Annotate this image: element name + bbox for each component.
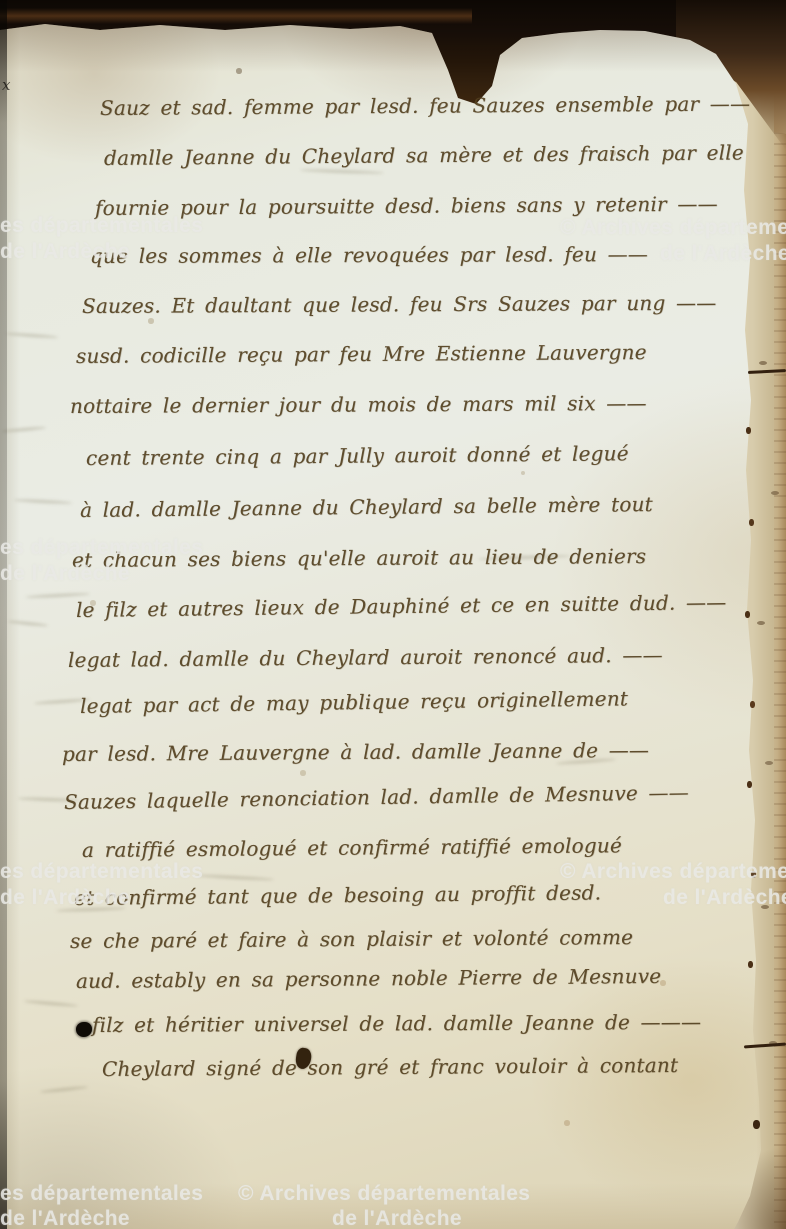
- manuscript-line: par lesd. Mre Lauvergne à lad. damlle Je…: [62, 738, 649, 766]
- watermark-text: es départementales: [0, 536, 203, 560]
- watermark-text: de l'Ardèche: [0, 886, 130, 910]
- watermark-text: de l'Ardèche: [660, 242, 786, 266]
- watermark-text: © Archives départementales: [238, 1182, 530, 1206]
- manuscript-line: nottaire le dernier jour du mois de mars…: [70, 391, 647, 418]
- watermark-text: de l'Ardèche: [0, 562, 130, 586]
- watermark-text: es départementales: [0, 214, 203, 238]
- manuscript-line: filz et héritier universel de lad. damll…: [92, 1010, 701, 1037]
- watermark-text: de l'Ardèche: [332, 1207, 462, 1229]
- watermark-text: es départementales: [0, 1182, 203, 1206]
- scan-left-edge: [0, 0, 7, 1229]
- manuscript-line: susd. codicille reçu par feu Mre Estienn…: [76, 340, 647, 368]
- top-edge-highlight: [0, 8, 472, 24]
- watermark-text: © Archives départeme: [560, 216, 786, 240]
- manuscript-line: a ratiffié esmologué et confirmé ratiffi…: [82, 833, 622, 862]
- manuscript-line: Sauzes. Et daultant que lesd. feu Srs Sa…: [82, 291, 717, 318]
- manuscript-line: Cheylard signé de son gré et franc voulo…: [102, 1053, 678, 1081]
- manuscript-line: cent trente cinq a par Jully auroit donn…: [86, 441, 629, 470]
- watermark-text: de l'Ardèche: [0, 240, 130, 264]
- manuscript-line: aud. estably en sa personne noble Pierre…: [76, 964, 661, 993]
- manuscript-line: que les sommes à elle revoquées par lesd…: [90, 242, 648, 268]
- manuscript-line: se che paré et faire à son plaisir et vo…: [70, 925, 633, 953]
- manuscript-line: Sauz et sad. femme par lesd. feu Sauzes …: [100, 91, 750, 120]
- watermark-text: de l'Ardèche: [663, 886, 786, 910]
- scanned-manuscript-page: Sauz et sad. femme par lesd. feu Sauzes …: [0, 0, 786, 1229]
- watermark-text: © Archives départeme: [560, 860, 786, 884]
- watermark-text: es départementales: [0, 860, 203, 884]
- watermark-text: de l'Ardèche: [0, 1207, 130, 1229]
